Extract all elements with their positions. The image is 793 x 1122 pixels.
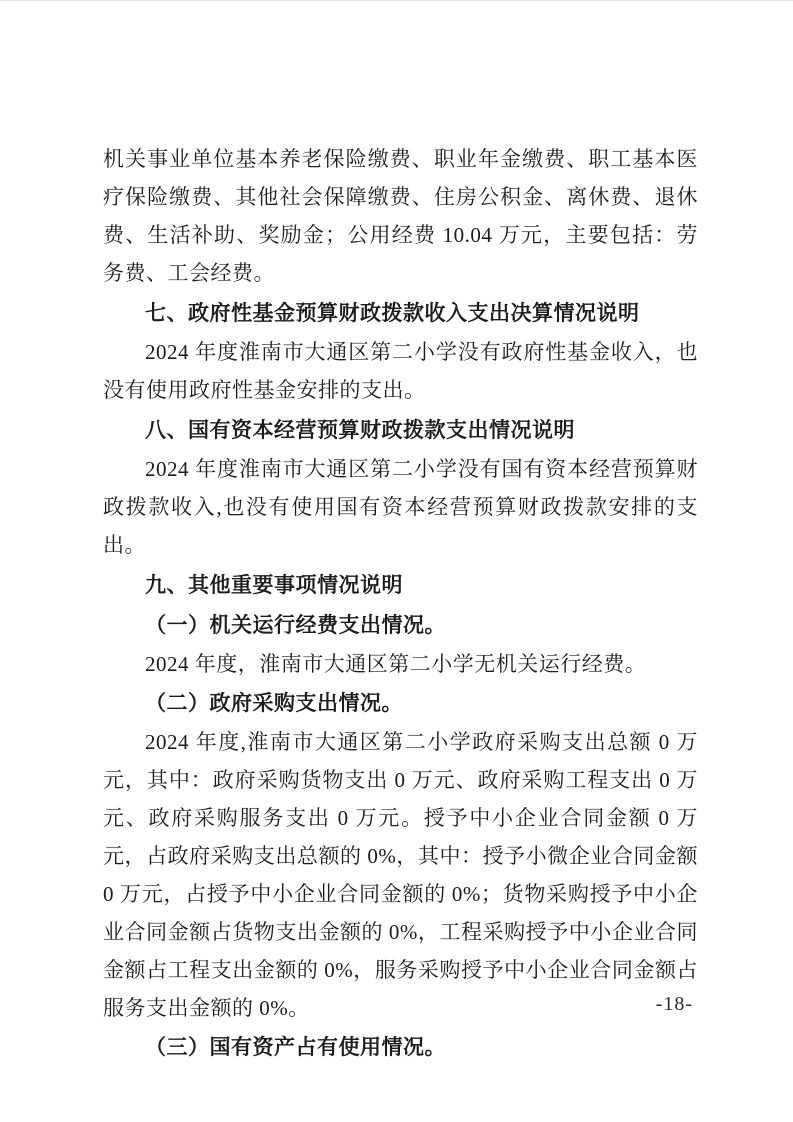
section-8-body: 2024 年度淮南市大通区第二小学没有国有资本经营预算财政拨款收入,也没有使用国… <box>103 450 698 564</box>
subsection-9-2-body: 2024 年度,淮南市大通区第二小学政府采购支出总额 0 万元，其中：政府采购货… <box>103 723 698 1027</box>
page-number: -18- <box>656 993 693 1015</box>
subsection-9-2-heading: （二）政府采购支出情况。 <box>103 685 698 723</box>
subsection-9-3-heading: （三）国有资产占有使用情况。 <box>103 1029 698 1067</box>
continuation-paragraph: 机关事业单位基本养老保险缴费、职业年金缴费、职工基本医疗保险缴费、其他社会保障缴… <box>103 140 698 292</box>
section-9-heading: 九、其他重要事项情况说明 <box>103 567 698 605</box>
section-7-body: 2024 年度淮南市大通区第二小学没有政府性基金收入，也没有使用政府性基金安排的… <box>103 333 698 409</box>
document-content: 机关事业单位基本养老保险缴费、职业年金缴费、职工基本医疗保险缴费、其他社会保障缴… <box>103 140 698 1067</box>
section-8-heading: 八、国有资本经营预算财政拨款支出情况说明 <box>103 412 698 450</box>
subsection-9-1-body: 2024 年度，淮南市大通区第二小学无机关运行经费。 <box>103 645 698 683</box>
section-7-heading: 七、政府性基金预算财政拨款收入支出决算情况说明 <box>103 295 698 333</box>
document-page: 机关事业单位基本养老保险缴费、职业年金缴费、职工基本医疗保险缴费、其他社会保障缴… <box>0 0 793 1122</box>
subsection-9-1-heading: （一）机关运行经费支出情况。 <box>103 607 698 645</box>
